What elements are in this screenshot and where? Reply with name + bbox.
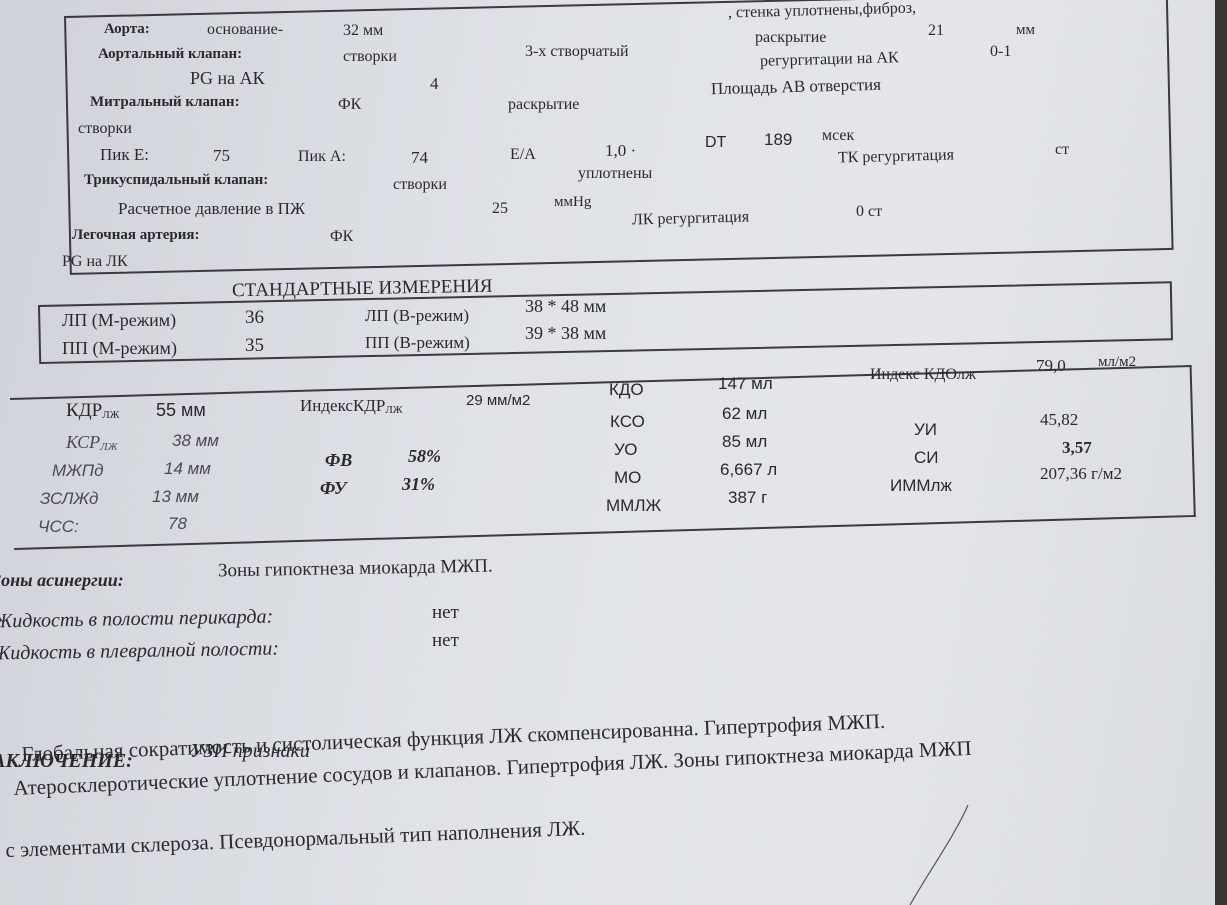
rv-pressure-value: 25	[492, 200, 508, 218]
mitral-opening-label: раскрытие	[508, 96, 579, 114]
aortic-opening-label: раскрытие	[755, 29, 826, 47]
mo-label: МО	[614, 468, 641, 488]
ea-label: Е/А	[510, 146, 536, 164]
hr-label: ЧСС:	[38, 517, 79, 537]
aorta-base-value: 32 мм	[343, 22, 383, 40]
dt-value: 189	[764, 130, 792, 150]
tricuspid-label: Трикуспидальный клапан:	[84, 172, 268, 189]
aortic-leaflets-label: створки	[343, 48, 397, 66]
ea-value: 1,0 ·	[605, 141, 636, 161]
ui-value: 45,82	[1040, 410, 1078, 430]
dt-unit: мсек	[822, 127, 854, 145]
tk-regurg-unit: ст	[1055, 141, 1069, 159]
ra-m-value: 35	[245, 335, 264, 357]
tricuspid-leaflets-label: створки	[393, 176, 447, 194]
ksr-value: 38 мм	[172, 431, 219, 451]
pulmonary-fk-label: ФК	[330, 228, 353, 246]
kdr-label: КДРЛЖ	[66, 400, 120, 422]
uo-label: УО	[614, 440, 637, 460]
pericard-label: Жидкость в полости перикарда:	[0, 606, 273, 634]
kdr-index-label: ИндексКДРЛЖ	[300, 396, 403, 416]
fs-label: ФУ	[320, 478, 346, 499]
la-b-value: 38 * 48 мм	[525, 296, 606, 317]
pg-lk-label: PG на ЛК	[62, 253, 128, 271]
aorta-base-label: основание-	[207, 21, 283, 39]
aortic-opening-unit: мм	[1016, 22, 1035, 39]
lv-box	[10, 365, 1196, 550]
kdo-index-unit: мл/м2	[1098, 354, 1136, 371]
asynergy-value: Зоны гипоктнеза миокарда МЖП.	[218, 556, 493, 583]
zslzhd-label: ЗСЛЖд	[40, 489, 98, 509]
ui-label: УИ	[914, 420, 937, 440]
aortic-valve-label: Аортальный клапан:	[98, 46, 242, 63]
aortic-opening-value: 21	[928, 22, 944, 40]
kdo-index-label: Индекс КДОлж	[870, 366, 976, 384]
peak-a-label: Пик А:	[298, 148, 346, 166]
ef-label: ФВ	[325, 450, 352, 471]
lk-regurg-value: 0 ст	[856, 203, 882, 221]
kdr-index-value: 29 мм/м2	[466, 392, 530, 409]
signature-mark	[880, 800, 1000, 905]
uo-value: 85 мл	[722, 432, 767, 452]
pg-ak-label: PG на АК	[190, 68, 265, 89]
mzhpd-label: МЖПд	[52, 461, 103, 481]
hr-value: 78	[168, 514, 187, 534]
dt-label: DT	[705, 134, 726, 152]
valves-box	[64, 0, 1174, 275]
pericard-value: нет	[432, 602, 459, 624]
mzhpd-value: 14 мм	[164, 459, 211, 479]
ef-value: 58%	[408, 446, 441, 467]
mmlzh-value: 387 г	[728, 488, 767, 508]
si-label: СИ	[914, 448, 939, 468]
pleural-label: Жидкость в плевралной полости:	[0, 637, 279, 665]
mitral-leaflets-label: створки	[78, 120, 132, 138]
asynergy-label: Зоны асинергии:	[0, 570, 124, 591]
la-b-label: ЛП (В-режим)	[365, 306, 469, 326]
zslzhd-value: 13 мм	[152, 487, 199, 507]
peak-a-value: 74	[411, 148, 428, 168]
aorta-label: Аорта:	[104, 21, 150, 38]
la-m-label: ЛП (М-режим)	[62, 310, 176, 331]
report-page: Аорта: основание- 32 мм , стенка уплотне…	[0, 0, 1215, 905]
mo-value: 6,667 л	[720, 460, 777, 480]
tk-regurg-label: ТК регургитация	[838, 146, 954, 167]
pg-ak-value: 4	[430, 74, 439, 94]
mitral-label: Митральный клапан:	[90, 94, 240, 111]
ra-b-value: 39 * 38 мм	[525, 323, 606, 344]
kdo-index-value: 79,0	[1036, 356, 1066, 376]
immlzh-value: 207,36 г/м2	[1040, 464, 1122, 484]
rv-pressure-unit: ммHg	[554, 194, 591, 211]
kso-label: КСО	[610, 412, 645, 432]
kdo-value: 147 мл	[718, 374, 773, 394]
kdr-value: 55 мм	[156, 400, 206, 421]
ra-b-label: ПП (В-режим)	[365, 333, 470, 353]
peak-e-label: Пик Е:	[100, 145, 149, 165]
la-m-value: 36	[245, 307, 264, 329]
mmlzh-label: ММЛЖ	[606, 496, 661, 516]
kso-value: 62 мл	[722, 404, 767, 424]
aortic-regurg-value: 0-1	[990, 43, 1011, 61]
ra-m-label: ПП (М-режим)	[62, 338, 177, 359]
pleural-value: нет	[432, 630, 459, 652]
lk-regurg-label: ЛК регургитация	[632, 208, 750, 229]
mitral-fk-label: ФК	[338, 96, 361, 114]
tricuspid-leaflets-value: уплотнены	[578, 165, 652, 183]
ksr-label: КСРЛЖ	[66, 432, 118, 453]
conclusion-line: с элементами склероза. Псевдонормальный …	[5, 816, 586, 863]
immlzh-label: ИММлж	[890, 476, 952, 496]
pulmonary-label: Легочная артерия:	[72, 227, 200, 244]
kdo-label: КДО	[609, 380, 644, 400]
si-value: 3,57	[1062, 438, 1092, 458]
aortic-regurg-label: регургитации на АК	[760, 49, 899, 71]
aortic-leaflets-value: 3-х створчатый	[525, 43, 629, 61]
rv-pressure-label: Расчетное давление в ПЖ	[118, 199, 305, 219]
fs-value: 31%	[402, 474, 435, 495]
peak-e-value: 75	[213, 146, 230, 166]
